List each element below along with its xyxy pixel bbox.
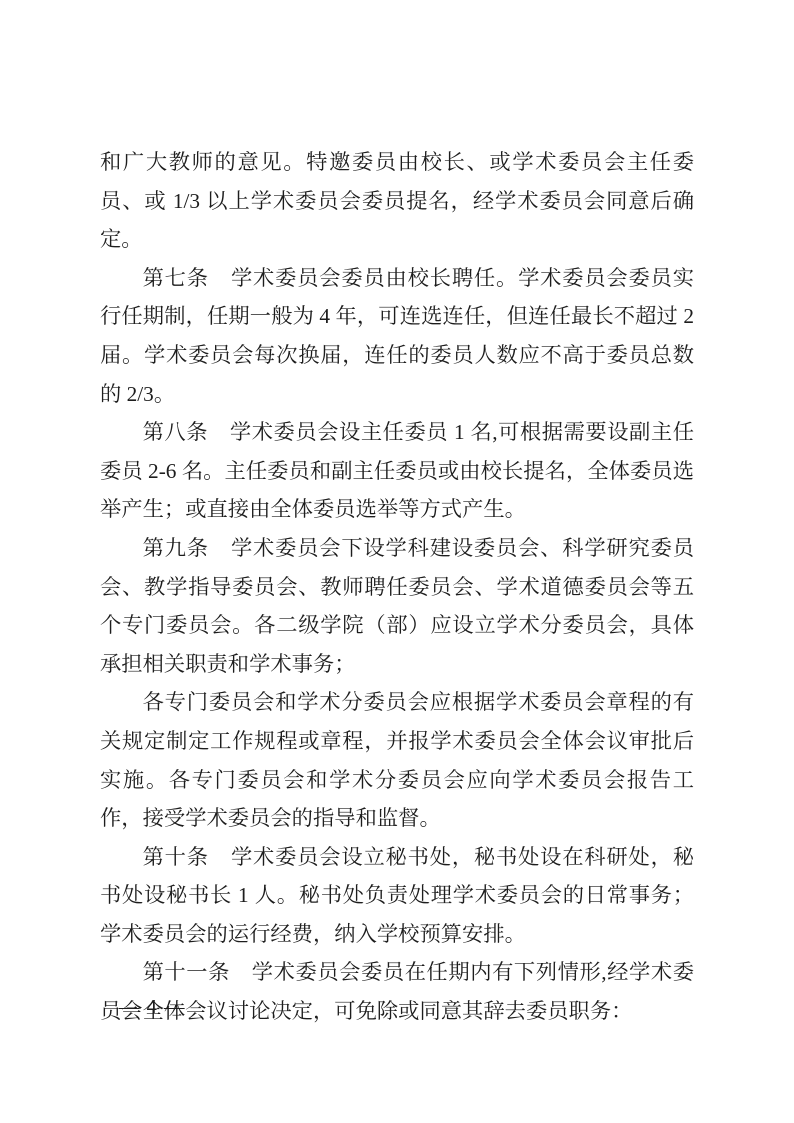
document-body: 和广大教师的意见。特邀委员由校长、或学术委员会主任委员、或 1/3 以上学术委员…: [100, 143, 694, 1031]
paragraph-article-7: 第七条 学术委员会委员由校长聘任。学术委员会委员实行任期制，任期一般为 4 年，…: [100, 259, 694, 413]
paragraph-article-8: 第八条 学术委员会设主任委员 1 名,可根据需要设副主任委员 2-6 名。主任委…: [100, 413, 694, 529]
paragraph-continuation: 和广大教师的意见。特邀委员由校长、或学术委员会主任委员、或 1/3 以上学术委员…: [100, 143, 694, 259]
paragraph-article-10: 第十条 学术委员会设立秘书处，秘书处设在科研处，秘书处设秘书长 1 人。秘书处负…: [100, 838, 694, 954]
paragraph-subcommittee-rules: 各专门委员会和学术分委员会应根据学术委员会章程的有关规定制定工作规程或章程，并报…: [100, 683, 694, 837]
paragraph-article-11: 第十一条 学术委员会委员在任期内有下列情形,经学术委员会全体会议讨论决定，可免除…: [100, 953, 694, 1030]
page-number: — 4 —: [119, 994, 186, 1020]
document-page: 和广大教师的意见。特邀委员由校长、或学术委员会主任委员、或 1/3 以上学术委员…: [0, 0, 794, 1123]
paragraph-article-9: 第九条 学术委员会下设学科建设委员会、科学研究委员会、教学指导委员会、教师聘任委…: [100, 529, 694, 683]
